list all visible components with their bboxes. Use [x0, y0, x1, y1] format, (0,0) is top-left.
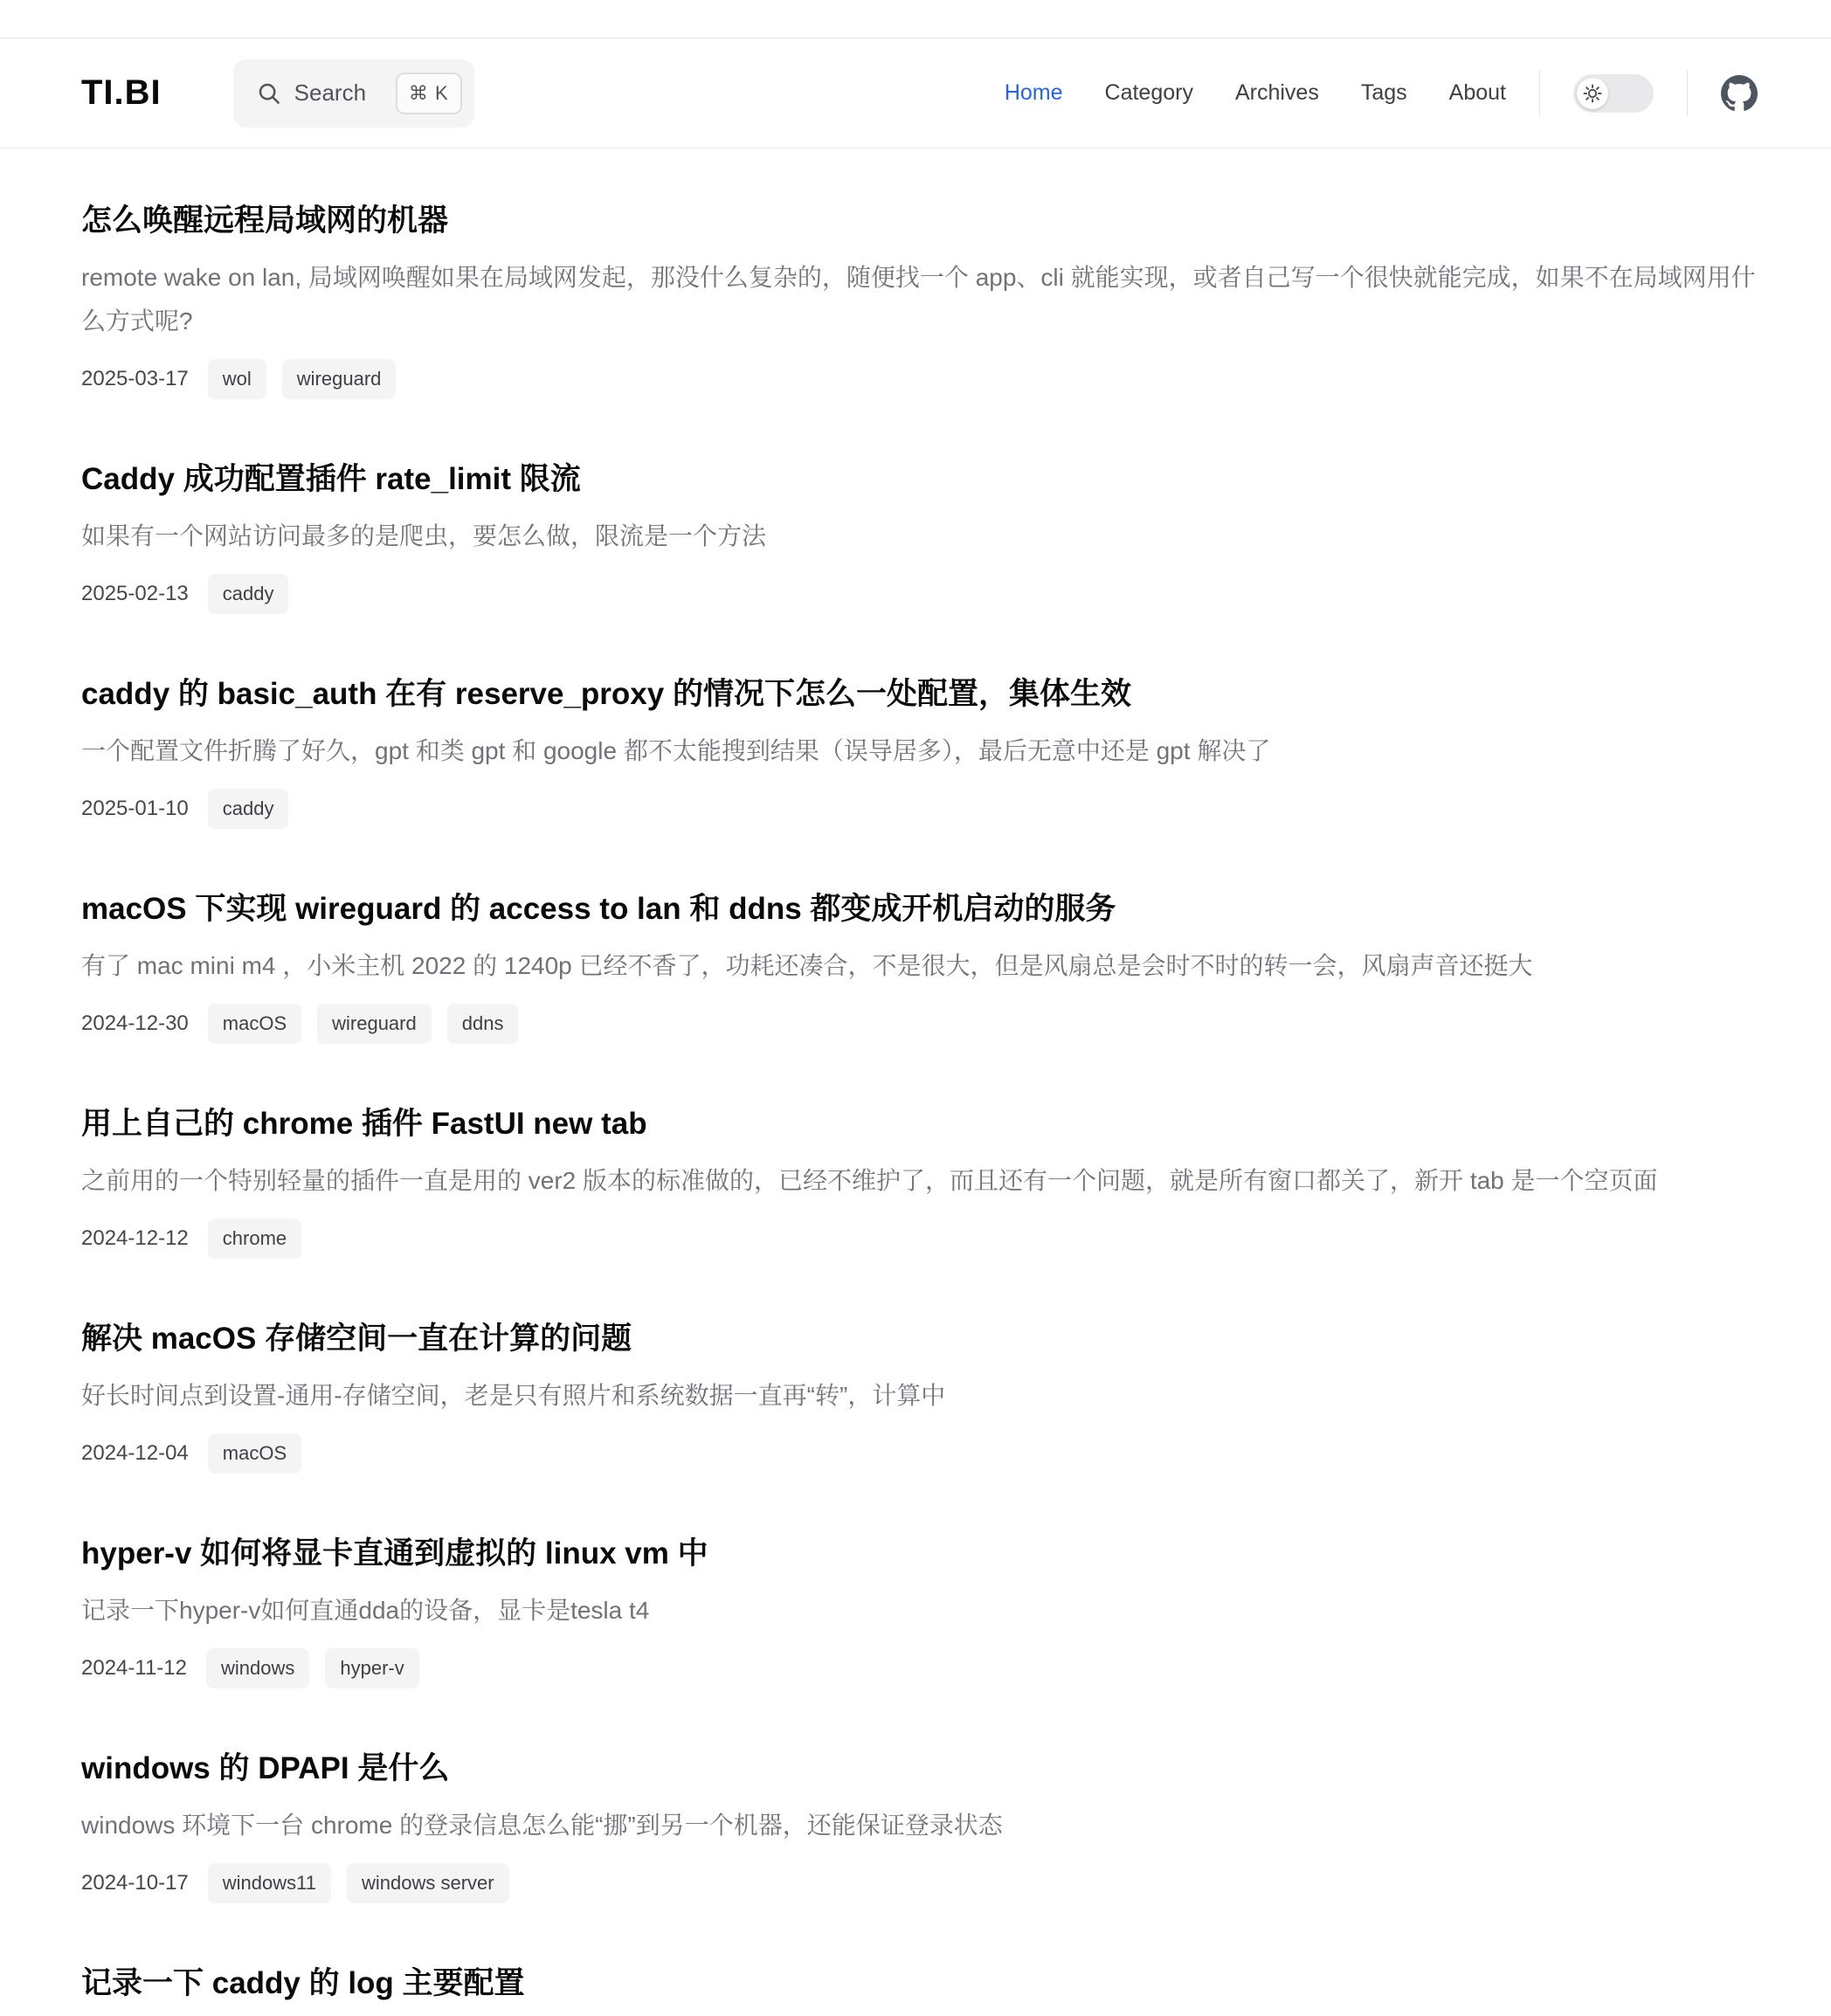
post-date: 2025-01-10 — [81, 797, 189, 821]
post-title[interactable]: 怎么唤醒远程局域网的机器 — [81, 199, 1775, 242]
search-input[interactable]: Search ⌘ K — [233, 59, 474, 128]
nav-item-archives[interactable]: Archives — [1235, 80, 1319, 106]
post-item: caddy 的 basic_auth 在有 reserve_proxy 的情况下… — [81, 673, 1775, 829]
post-meta: 2025-03-17 wolwireguard — [81, 359, 1775, 399]
post-description: 有了 mac mini m4 ，小米主机 2022 的 1240p 已经不香了，… — [81, 944, 1775, 988]
header-divider — [1539, 70, 1540, 116]
post-item: 记录一下 caddy 的 log 主要配置 — [81, 1962, 1775, 2005]
post-description: 之前用的一个特别轻量的插件一直是用的 ver2 版本的标准做的，已经不维护了，而… — [81, 1159, 1775, 1203]
tag-chip[interactable]: hyper-v — [325, 1648, 418, 1688]
post-date: 2024-12-04 — [81, 1441, 189, 1466]
post-date: 2024-12-30 — [81, 1011, 189, 1036]
theme-toggle-knob — [1577, 78, 1608, 109]
post-description: 一个配置文件折腾了好久，gpt 和类 gpt 和 google 都不太能搜到结果… — [81, 729, 1775, 773]
tag-chip[interactable]: wireguard — [282, 359, 397, 399]
site-header: TI.BI Search ⌘ K Home Category Archives … — [0, 38, 1831, 148]
post-description: 如果有一个网站访问最多的是爬虫，要怎么做，限流是一个方法 — [81, 514, 1775, 558]
post-item: macOS 下实现 wireguard 的 access to lan 和 dd… — [81, 887, 1775, 1044]
tag-chip[interactable]: chrome — [208, 1219, 301, 1259]
post-meta: 2025-02-13 caddy — [81, 574, 1775, 614]
post-title[interactable]: 记录一下 caddy 的 log 主要配置 — [81, 1962, 1775, 2005]
post-date: 2025-02-13 — [81, 582, 189, 606]
post-item: hyper-v 如何将显卡直通到虚拟的 linux vm 中 记录一下hyper… — [81, 1532, 1775, 1688]
post-meta: 2024-12-30 macOSwireguardddns — [81, 1004, 1775, 1044]
sun-icon — [1582, 83, 1603, 104]
post-date: 2024-10-17 — [81, 1871, 189, 1895]
post-date: 2024-12-12 — [81, 1226, 189, 1251]
search-placeholder: Search — [294, 79, 396, 107]
post-date: 2024-11-12 — [81, 1656, 187, 1681]
post-title[interactable]: 用上自己的 chrome 插件 FastUI new tab — [81, 1102, 1775, 1145]
tag-chip[interactable]: caddy — [208, 574, 289, 614]
nav-item-about[interactable]: About — [1449, 80, 1506, 106]
post-item: windows 的 DPAPI 是什么 windows 环境下一台 chrome… — [81, 1747, 1775, 1903]
search-icon — [256, 80, 282, 107]
post-title[interactable]: 解决 macOS 存储空间一直在计算的问题 — [81, 1317, 1775, 1360]
tag-chip[interactable]: ddns — [447, 1004, 519, 1044]
theme-toggle[interactable] — [1573, 74, 1654, 113]
tag-chip[interactable]: macOS — [208, 1433, 301, 1474]
tag-chip[interactable]: windows server — [347, 1863, 509, 1903]
post-list: 怎么唤醒远程局域网的机器 remote wake on lan, 局域网唤醒如果… — [0, 148, 1831, 2005]
main-nav: Home Category Archives Tags About — [1005, 80, 1506, 106]
post-description: 好长时间点到设置-通用-存储空间，老是只有照片和系统数据一直再“转”，计算中 — [81, 1374, 1775, 1418]
nav-item-tags[interactable]: Tags — [1361, 80, 1407, 106]
tag-chip[interactable]: wireguard — [317, 1004, 432, 1044]
post-title[interactable]: Caddy 成功配置插件 rate_limit 限流 — [81, 458, 1775, 501]
post-item: 怎么唤醒远程局域网的机器 remote wake on lan, 局域网唤醒如果… — [81, 199, 1775, 399]
post-meta: 2024-10-17 windows11windows server — [81, 1863, 1775, 1903]
tag-chip[interactable]: caddy — [208, 789, 289, 829]
post-meta: 2024-11-12 windowshyper-v — [81, 1648, 1775, 1688]
tag-chip[interactable]: windows — [206, 1648, 309, 1688]
post-description: windows 环境下一台 chrome 的登录信息怎么能“挪”到另一个机器，还… — [81, 1804, 1775, 1847]
post-date: 2025-03-17 — [81, 367, 189, 391]
nav-item-category[interactable]: Category — [1105, 80, 1193, 106]
post-meta: 2025-01-10 caddy — [81, 789, 1775, 829]
post-description: remote wake on lan, 局域网唤醒如果在局域网发起，那没什么复杂… — [81, 256, 1775, 343]
post-meta: 2024-12-04 macOS — [81, 1433, 1775, 1474]
github-icon[interactable] — [1721, 75, 1758, 112]
tag-chip[interactable]: macOS — [208, 1004, 301, 1044]
post-meta: 2024-12-12 chrome — [81, 1219, 1775, 1259]
tag-chip[interactable]: wol — [208, 359, 266, 399]
header-divider — [1687, 70, 1688, 116]
post-title[interactable]: windows 的 DPAPI 是什么 — [81, 1747, 1775, 1790]
tag-chip[interactable]: windows11 — [208, 1863, 331, 1903]
post-title[interactable]: hyper-v 如何将显卡直通到虚拟的 linux vm 中 — [81, 1532, 1775, 1575]
search-shortcut-badge: ⌘ K — [396, 72, 462, 114]
post-title[interactable]: macOS 下实现 wireguard 的 access to lan 和 dd… — [81, 887, 1775, 930]
nav-item-home[interactable]: Home — [1005, 80, 1063, 106]
post-item: Caddy 成功配置插件 rate_limit 限流 如果有一个网站访问最多的是… — [81, 458, 1775, 614]
post-item: 用上自己的 chrome 插件 FastUI new tab 之前用的一个特别轻… — [81, 1102, 1775, 1259]
post-description: 记录一下hyper-v如何直通dda的设备，显卡是tesla t4 — [81, 1589, 1775, 1633]
post-title[interactable]: caddy 的 basic_auth 在有 reserve_proxy 的情况下… — [81, 673, 1775, 715]
post-item: 解决 macOS 存储空间一直在计算的问题 好长时间点到设置-通用-存储空间，老… — [81, 1317, 1775, 1474]
site-logo[interactable]: TI.BI — [81, 73, 162, 113]
